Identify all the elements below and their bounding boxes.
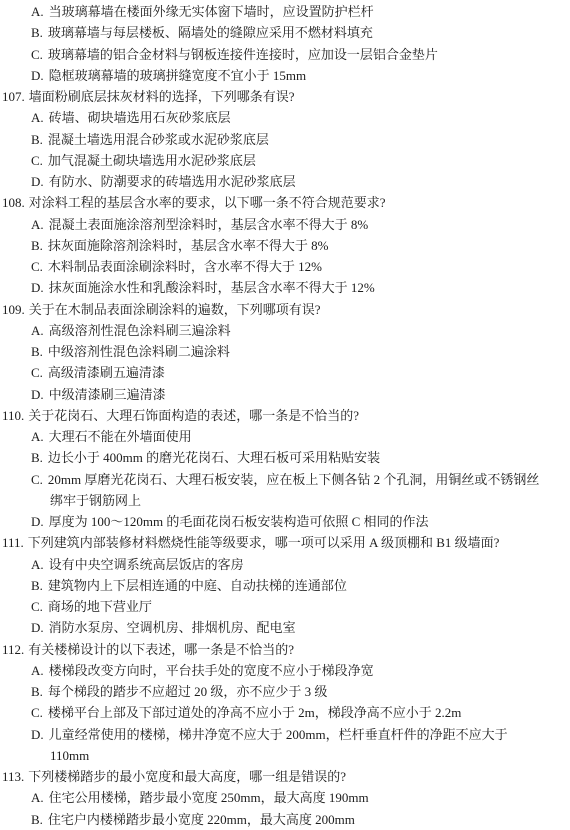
option-text: 住宅公用楼梯，踏步最小宽度 250mm，最大高度 190mm bbox=[49, 790, 369, 805]
question-stem-line: 110.关于花岗石、大理石饰面构造的表述，哪一条是不恰当的? bbox=[0, 405, 568, 426]
option-label: A. bbox=[31, 217, 44, 232]
option-label: A. bbox=[31, 663, 44, 678]
option-label: D. bbox=[31, 280, 44, 295]
question-stem: 关于在木制品表面涂刷涂料的遍数，下列哪项有误? bbox=[29, 302, 321, 317]
option-text: 木料制品表面涂刷涂料时，含水率不得大于 12% bbox=[48, 259, 322, 274]
option-line: C.商场的地下营业厅 bbox=[0, 596, 568, 617]
option-label: C. bbox=[31, 599, 43, 614]
question-stem: 墙面粉刷底层抹灰材料的选择，下列哪条有误? bbox=[29, 89, 295, 104]
option-label: C. bbox=[31, 153, 43, 168]
option-line: A.楼梯段改变方向时，平台扶手处的宽度不应小于梯段净宽 bbox=[0, 660, 568, 681]
option-label: B. bbox=[31, 238, 43, 253]
option-text: 儿童经常使用的楼梯，梯井净宽不应大于 200mm，栏杆垂直杆件的净距不应大于 1… bbox=[49, 727, 508, 763]
option-label: D. bbox=[31, 68, 44, 83]
option-line: B.住宅户内楼梯踏步最小宽度 220mm，最大高度 200mm bbox=[0, 809, 568, 830]
option-label: A. bbox=[31, 323, 44, 338]
option-text: 大理石不能在外墙面使用 bbox=[49, 429, 192, 444]
exam-page: A.当玻璃幕墙在楼面外缘无实体窗下墙时，应设置防护栏杆B.玻璃幕墙与每层楼板、隔… bbox=[0, 0, 570, 830]
option-line: D.中级清漆刷三遍清漆 bbox=[0, 384, 568, 405]
carryover-options-block: A.当玻璃幕墙在楼面外缘无实体窗下墙时，应设置防护栏杆B.玻璃幕墙与每层楼板、隔… bbox=[0, 1, 568, 86]
option-label: D. bbox=[31, 514, 44, 529]
option-text: 边长小于 400mm 的磨光花岗石、大理石板可采用粘贴安装 bbox=[48, 450, 380, 465]
option-line: D.有防水、防潮要求的砖墙选用水泥砂浆底层 bbox=[0, 171, 568, 192]
option-line: C.木料制品表面涂刷涂料时，含水率不得大于 12% bbox=[0, 256, 568, 277]
question-stem: 下列建筑内部装修材料燃烧性能等级要求，哪一项可以采用 A 级顶棚和 B1 级墙面… bbox=[28, 535, 500, 550]
option-label: B. bbox=[31, 344, 43, 359]
option-label: A. bbox=[31, 557, 44, 572]
question-stem-line: 111.下列建筑内部装修材料燃烧性能等级要求，哪一项可以采用 A 级顶棚和 B1… bbox=[0, 532, 568, 553]
option-line: B.中级溶剂性混色涂料刷二遍涂料 bbox=[0, 341, 568, 362]
option-line: C.玻璃幕墙的铝合金材料与钢板连接件连接时，应加设一层铝合金垫片 bbox=[0, 44, 568, 65]
option-line: C.高级清漆刷五遍清漆 bbox=[0, 362, 568, 383]
option-line: C.加气混凝土砌块墙选用水泥砂浆底层 bbox=[0, 150, 568, 171]
question-number: 111. bbox=[2, 535, 24, 550]
question-stem: 有关楼梯设计的以下表述，哪一条是不恰当的? bbox=[28, 642, 294, 657]
option-label: C. bbox=[31, 472, 43, 487]
option-text: 加气混凝土砌块墙选用水泥砂浆底层 bbox=[48, 153, 256, 168]
option-label: A. bbox=[31, 429, 44, 444]
question-number: 108. bbox=[2, 195, 25, 210]
option-line: B.边长小于 400mm 的磨光花岗石、大理石板可采用粘贴安装 bbox=[0, 447, 568, 468]
option-text: 商场的地下营业厅 bbox=[48, 599, 152, 614]
option-label: B. bbox=[31, 25, 43, 40]
option-text: 中级溶剂性混色涂料刷二遍涂料 bbox=[48, 344, 230, 359]
option-text: 住宅户内楼梯踏步最小宽度 220mm，最大高度 200mm bbox=[48, 812, 355, 827]
option-label: C. bbox=[31, 705, 43, 720]
option-text: 每个梯段的踏步不应超过 20 级，亦不应少于 3 级 bbox=[48, 684, 328, 699]
option-line: D.隐框玻璃幕墙的玻璃拼缝宽度不宜小于 15mm bbox=[0, 65, 568, 86]
option-line: D.儿童经常使用的楼梯，梯井净宽不应大于 200mm，栏杆垂直杆件的净距不应大于… bbox=[0, 724, 568, 767]
option-text: 隐框玻璃幕墙的玻璃拼缝宽度不宜小于 15mm bbox=[49, 68, 306, 83]
option-text: 20mm 厚磨光花岗石、大理石板安装，应在板上下侧各钻 2 个孔洞，用铜丝或不锈… bbox=[48, 472, 539, 508]
question-number: 112. bbox=[2, 642, 24, 657]
option-line: A.住宅公用楼梯，踏步最小宽度 250mm，最大高度 190mm bbox=[0, 787, 568, 808]
option-line: B.建筑物内上下层相连通的中庭、自动扶梯的连通部位 bbox=[0, 575, 568, 596]
option-line: B.抹灰面施除溶剂涂料时，基层含水率不得大于 8% bbox=[0, 235, 568, 256]
option-text: 混凝土墙选用混合砂浆或水泥砂浆底层 bbox=[48, 132, 269, 147]
question-stem-line: 108.对涂料工程的基层含水率的要求，以下哪一条不符合规范要求? bbox=[0, 192, 568, 213]
option-line: A.高级溶剂性混色涂料刷三遍涂料 bbox=[0, 320, 568, 341]
question-number: 109. bbox=[2, 302, 25, 317]
option-line: A.当玻璃幕墙在楼面外缘无实体窗下墙时，应设置防护栏杆 bbox=[0, 1, 568, 22]
option-text: 抹灰面施除溶剂涂料时，基层含水率不得大于 8% bbox=[48, 238, 329, 253]
question-number: 113. bbox=[2, 769, 24, 784]
option-text: 中级清漆刷三遍清漆 bbox=[49, 387, 166, 402]
option-line: A.大理石不能在外墙面使用 bbox=[0, 426, 568, 447]
option-label: D. bbox=[31, 620, 44, 635]
option-line: D.厚度为 100～120mm 的毛面花岗石板安装构造可依照 C 相同的作法 bbox=[0, 511, 568, 532]
option-label: B. bbox=[31, 450, 43, 465]
option-text: 高级溶剂性混色涂料刷三遍涂料 bbox=[49, 323, 231, 338]
option-text: 楼梯段改变方向时，平台扶手处的宽度不应小于梯段净宽 bbox=[49, 663, 374, 678]
option-label: B. bbox=[31, 578, 43, 593]
question-stem-line: 112.有关楼梯设计的以下表述，哪一条是不恰当的? bbox=[0, 639, 568, 660]
option-label: C. bbox=[31, 47, 43, 62]
option-line: A.设有中央空调系统高层饭店的客房 bbox=[0, 554, 568, 575]
option-label: D. bbox=[31, 174, 44, 189]
questions-block: 107.墙面粉刷底层抹灰材料的选择，下列哪条有误?A.砖墙、砌块墙选用石灰砂浆底… bbox=[0, 86, 568, 830]
option-text: 建筑物内上下层相连通的中庭、自动扶梯的连通部位 bbox=[48, 578, 347, 593]
option-label: C. bbox=[31, 259, 43, 274]
option-label: C. bbox=[31, 365, 43, 380]
option-label: D. bbox=[31, 387, 44, 402]
option-text: 抹灰面施涂水性和乳酸涂料时，基层含水率不得大于 12% bbox=[49, 280, 375, 295]
option-text: 设有中央空调系统高层饭店的客房 bbox=[49, 557, 244, 572]
option-line: A.混凝土表面施涂溶剂型涂料时，基层含水率不得大于 8% bbox=[0, 214, 568, 235]
option-text: 砖墙、砌块墙选用石灰砂浆底层 bbox=[49, 110, 231, 125]
question-stem: 对涂料工程的基层含水率的要求，以下哪一条不符合规范要求? bbox=[29, 195, 386, 210]
option-text: 楼梯平台上部及下部过道处的净高不应小于 2m，梯段净高不应小于 2.2m bbox=[48, 705, 461, 720]
option-label: A. bbox=[31, 110, 44, 125]
option-label: A. bbox=[31, 4, 44, 19]
option-label: D. bbox=[31, 727, 44, 742]
option-line: B.每个梯段的踏步不应超过 20 级，亦不应少于 3 级 bbox=[0, 681, 568, 702]
question-stem-line: 109.关于在木制品表面涂刷涂料的遍数，下列哪项有误? bbox=[0, 299, 568, 320]
option-text: 高级清漆刷五遍清漆 bbox=[48, 365, 165, 380]
option-text: 消防水泵房、空调机房、排烟机房、配电室 bbox=[49, 620, 296, 635]
question-number: 107. bbox=[2, 89, 25, 104]
option-line: B.玻璃幕墙与每层楼板、隔墙处的缝隙应采用不燃材料填充 bbox=[0, 22, 568, 43]
option-line: D.消防水泵房、空调机房、排烟机房、配电室 bbox=[0, 617, 568, 638]
question-stem: 下列楼梯踏步的最小宽度和最大高度，哪一组是错误的? bbox=[28, 769, 346, 784]
option-text: 玻璃幕墙与每层楼板、隔墙处的缝隙应采用不燃材料填充 bbox=[48, 25, 373, 40]
option-text: 有防水、防潮要求的砖墙选用水泥砂浆底层 bbox=[49, 174, 296, 189]
option-label: B. bbox=[31, 132, 43, 147]
option-line: A.砖墙、砌块墙选用石灰砂浆底层 bbox=[0, 107, 568, 128]
option-text: 厚度为 100～120mm 的毛面花岗石板安装构造可依照 C 相同的作法 bbox=[49, 514, 429, 529]
option-line: C.楼梯平台上部及下部过道处的净高不应小于 2m，梯段净高不应小于 2.2m bbox=[0, 702, 568, 723]
option-text: 玻璃幕墙的铝合金材料与钢板连接件连接时，应加设一层铝合金垫片 bbox=[48, 47, 438, 62]
option-label: B. bbox=[31, 812, 43, 827]
option-label: B. bbox=[31, 684, 43, 699]
option-line: D.抹灰面施涂水性和乳酸涂料时，基层含水率不得大于 12% bbox=[0, 277, 568, 298]
option-text: 当玻璃幕墙在楼面外缘无实体窗下墙时，应设置防护栏杆 bbox=[49, 4, 374, 19]
option-text: 混凝土表面施涂溶剂型涂料时，基层含水率不得大于 8% bbox=[49, 217, 369, 232]
option-line: C.20mm 厚磨光花岗石、大理石板安装，应在板上下侧各钻 2 个孔洞，用铜丝或… bbox=[0, 469, 568, 512]
question-stem: 关于花岗石、大理石饰面构造的表述，哪一条是不恰当的? bbox=[28, 408, 359, 423]
question-stem-line: 113.下列楼梯踏步的最小宽度和最大高度，哪一组是错误的? bbox=[0, 766, 568, 787]
question-number: 110. bbox=[2, 408, 24, 423]
question-stem-line: 107.墙面粉刷底层抹灰材料的选择，下列哪条有误? bbox=[0, 86, 568, 107]
option-line: B.混凝土墙选用混合砂浆或水泥砂浆底层 bbox=[0, 129, 568, 150]
option-label: A. bbox=[31, 790, 44, 805]
